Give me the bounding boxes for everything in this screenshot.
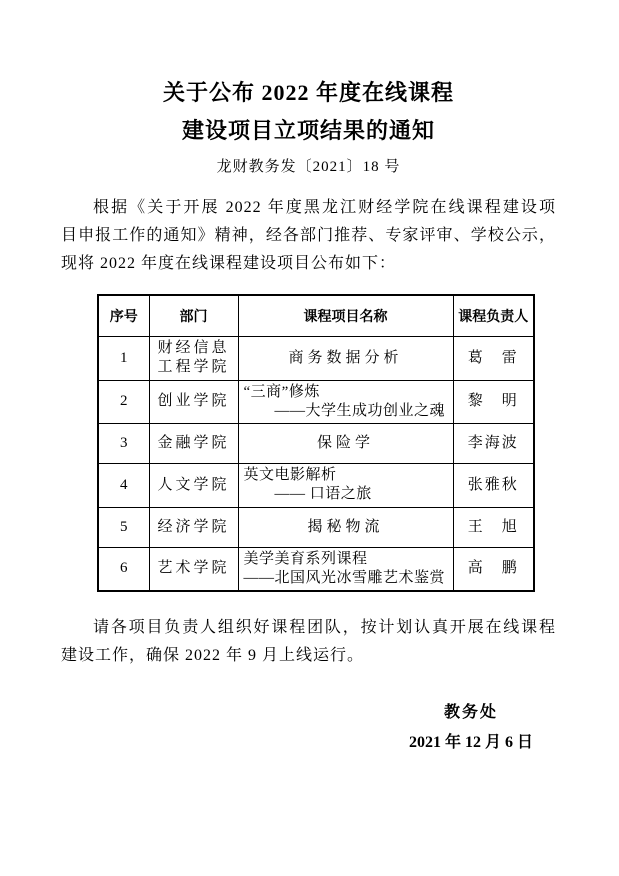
cell-leader: 葛 雷: [453, 337, 534, 381]
signature-block: 教务处 2021 年 12 月 6 日: [409, 698, 533, 758]
title-line-2: 建设项目立项结果的通知: [61, 112, 556, 150]
table-head: 序号部门课程项目名称课程负责人: [98, 295, 534, 337]
cell-dept: 财经信息工程学院: [149, 337, 238, 381]
intro-paragraph-line-2: 目申报工作的通知》精神，经各部门推荐、专家评审、学校公示，: [61, 222, 556, 250]
table-body: 1财经信息工程学院商务数据分析葛 雷2创业学院“三商”修炼 ——大学生成功创业之…: [98, 337, 534, 591]
cell-course: 揭秘物流: [238, 507, 453, 547]
cell-leader: 李海波: [453, 424, 534, 464]
document-title: 关于公布 2022 年度在线课程 建设项目立项结果的通知: [61, 74, 556, 150]
cell-leader: 黎 明: [453, 380, 534, 424]
intro-paragraph-line-1: 根据《关于开展 2022 年度黑龙江财经学院在线课程建设项: [61, 194, 556, 222]
cell-no: 4: [98, 464, 149, 508]
course-line-1: “三商”修炼: [244, 383, 451, 402]
cell-dept: 经济学院: [149, 507, 238, 547]
course-line-2: ——大学生成功创业之魂: [244, 402, 451, 421]
course-line-1: 揭秘物流: [239, 518, 453, 537]
table-header-row: 序号部门课程项目名称课程负责人: [98, 295, 534, 337]
document-page: 关于公布 2022 年度在线课程 建设项目立项结果的通知 龙财教务发〔2021〕…: [0, 0, 619, 876]
doc-number: 龙财教务发〔2021〕18 号: [61, 156, 556, 178]
cell-dept: 艺术学院: [149, 547, 238, 591]
cell-no: 6: [98, 547, 149, 591]
cell-leader: 高 鹏: [453, 547, 534, 591]
cell-leader: 张雅秋: [453, 464, 534, 508]
course-line-2: —— 口语之旅: [244, 485, 451, 504]
cell-no: 2: [98, 380, 149, 424]
column-header-1: 序号: [98, 295, 149, 337]
cell-no: 1: [98, 337, 149, 381]
cell-dept: 创业学院: [149, 380, 238, 424]
cell-leader: 王 旭: [453, 507, 534, 547]
table-row: 3金融学院保险学李海波: [98, 424, 534, 464]
table-row: 6艺术学院美学美育系列课程——北国风光冰雪雕艺术鉴赏高 鹏: [98, 547, 534, 591]
closing-paragraph-line-2: 建设工作，确保 2022 年 9 月上线运行。: [61, 642, 556, 670]
title-line-1: 关于公布 2022 年度在线课程: [61, 74, 556, 112]
course-line-2: ——北国风光冰雪雕艺术鉴赏: [244, 569, 451, 588]
closing-paragraph: 请各项目负责人组织好课程团队，按计划认真开展在线课程建设工作，确保 2022 年…: [61, 614, 556, 670]
signature-org: 教务处: [409, 698, 533, 728]
cell-course: 英文电影解析 —— 口语之旅: [238, 464, 453, 508]
cell-no: 3: [98, 424, 149, 464]
column-header-4: 课程负责人: [453, 295, 534, 337]
cell-no: 5: [98, 507, 149, 547]
column-header-3: 课程项目名称: [238, 295, 453, 337]
cell-dept: 人文学院: [149, 464, 238, 508]
cell-course: 保险学: [238, 424, 453, 464]
cell-course: 美学美育系列课程——北国风光冰雪雕艺术鉴赏: [238, 547, 453, 591]
course-line-1: 美学美育系列课程: [244, 550, 451, 569]
project-table: 序号部门课程项目名称课程负责人 1财经信息工程学院商务数据分析葛 雷2创业学院“…: [97, 294, 535, 592]
intro-paragraph: 根据《关于开展 2022 年度黑龙江财经学院在线课程建设项目申报工作的通知》精神…: [61, 194, 556, 278]
course-line-1: 商务数据分析: [239, 349, 453, 368]
column-header-2: 部门: [149, 295, 238, 337]
intro-paragraph-line-3: 现将 2022 年度在线课程建设项目公布如下：: [61, 250, 556, 278]
table-row: 2创业学院“三商”修炼 ——大学生成功创业之魂黎 明: [98, 380, 534, 424]
closing-paragraph-line-1: 请各项目负责人组织好课程团队，按计划认真开展在线课程: [61, 614, 556, 642]
table-row: 1财经信息工程学院商务数据分析葛 雷: [98, 337, 534, 381]
signature-date: 2021 年 12 月 6 日: [409, 728, 533, 758]
cell-dept: 金融学院: [149, 424, 238, 464]
course-line-1: 保险学: [239, 434, 453, 453]
table-row: 4人文学院英文电影解析 —— 口语之旅张雅秋: [98, 464, 534, 508]
course-line-1: 英文电影解析: [244, 466, 451, 485]
table-row: 5经济学院揭秘物流王 旭: [98, 507, 534, 547]
cell-course: 商务数据分析: [238, 337, 453, 381]
cell-course: “三商”修炼 ——大学生成功创业之魂: [238, 380, 453, 424]
